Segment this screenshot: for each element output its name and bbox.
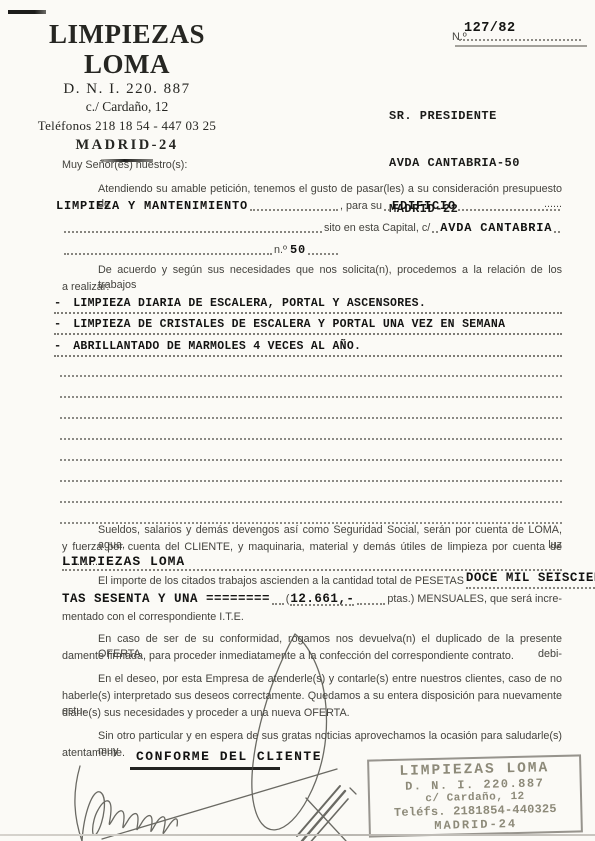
wish-line-3: diarle(s) sus necesidades y proceder a u… <box>62 706 562 721</box>
company-dni: D. N. I. 220. 887 <box>8 81 246 98</box>
dotted-filler <box>458 209 560 211</box>
typed-company: LIMPIEZAS LOMA <box>62 554 185 569</box>
blank-dotted-lines <box>60 356 562 524</box>
conformity-line-2: damente firmada, para proceder inmediata… <box>62 649 562 664</box>
letterhead: LIMPIEZAS LOMA D. N. I. 220. 887 c./ Car… <box>8 19 246 162</box>
salutation: Muy Señor(es) nuestro(s): <box>62 158 562 173</box>
typed-street-number: 50 <box>290 243 306 257</box>
ref-solid-line <box>455 45 587 47</box>
scanned-letter-page: LIMPIEZAS LOMA D. N. I. 220. 887 c./ Car… <box>0 0 595 841</box>
dotted-blank-line <box>60 461 562 482</box>
dotted-blank-line <box>60 398 562 419</box>
intro-line-3: sito en esta Capital, c/ AVDA CANTABRIA <box>62 221 562 236</box>
scan-artifact-dash <box>8 10 46 14</box>
dotted-filler <box>357 603 385 605</box>
work-item-row: - LIMPIEZA DE CRISTALES DE ESCALERA Y PO… <box>54 317 562 335</box>
intro-line-2: LIMPIEZA Y MANTENIMIENTO , para su EDIFI… <box>56 199 562 214</box>
client-approval-label: CONFORME DEL CLIENTE <box>136 749 322 764</box>
recipient-line: SR. PRESIDENTE <box>389 109 520 125</box>
amount-intro-text: El importe de los citados trabajos ascie… <box>62 574 464 589</box>
intro-sito-text: sito en esta Capital, c/ <box>324 221 430 236</box>
work-dash: - <box>54 317 61 331</box>
dotted-filler <box>250 209 338 211</box>
work-item-row: - ABRILLANTADO DE MARMOLES 4 VECES AL AÑ… <box>54 339 562 357</box>
amount-line-2: TAS SESENTA Y UNA ======== ( 12.661,- pt… <box>62 592 562 608</box>
amount-figure-over-dots: 12.661,- <box>290 592 354 606</box>
typed-service: LIMPIEZA Y MANTENIMIENTO <box>56 199 248 213</box>
amount-line-3: mentado con el correspondiente I.T.E. <box>62 610 562 625</box>
typed-amount-words-2: TAS SESENTA Y UNA ======== <box>62 592 270 606</box>
company-address: c./ Cardaño, 12 <box>8 99 246 115</box>
dotted-blank-line <box>60 377 562 398</box>
dotted-filler <box>64 253 272 255</box>
work-item-text: ABRILLANTADO DE MARMOLES 4 VECES AL AÑO. <box>73 340 361 353</box>
dotted-blank-line <box>60 440 562 461</box>
amount-line-1: El importe de los citados trabajos ascie… <box>62 574 562 591</box>
intro-mid-text: , para su <box>340 199 382 214</box>
intro-line-4: n.º 50 <box>62 243 562 258</box>
company-name: LIMPIEZAS LOMA <box>8 19 246 79</box>
typed-street: AVDA CANTABRIA <box>440 221 552 235</box>
amount-words-over-dots: DOCE MIL SEISCIEN- <box>466 574 595 589</box>
dotted-blank-line <box>60 356 562 377</box>
typed-company-row: LIMPIEZAS LOMA <box>62 552 562 571</box>
company-phones: Teléfonos 218 18 54 - 447 03 25 <box>8 118 246 134</box>
work-item-text: LIMPIEZA DIARIA DE ESCALERA, PORTAL Y AS… <box>73 297 426 310</box>
dotted-blank-line <box>60 419 562 440</box>
ref-dotted-line <box>459 39 581 41</box>
work-item-text: LIMPIEZA DE CRISTALES DE ESCALERA Y PORT… <box>73 318 505 331</box>
typed-amount-words-1: DOCE MIL SEISCIEN- <box>466 571 595 585</box>
dotted-blank-line <box>60 482 562 503</box>
dotted-blank-line <box>60 503 562 524</box>
intro-number-label: n.º <box>274 243 287 258</box>
client-approval-underline <box>130 767 280 770</box>
dotted-filler <box>308 253 338 255</box>
dotted-filler <box>554 231 560 233</box>
works-intro-line-2: a realizar: <box>62 280 562 295</box>
company-city: MADRID-24 <box>8 137 246 154</box>
dotted-filler <box>64 231 322 233</box>
scan-artifact-bottom-line <box>0 834 595 836</box>
dotted-filler <box>384 209 390 211</box>
wish-line-1: En el deseo, por esta Empresa de atender… <box>62 672 562 687</box>
paren-open: ( <box>286 592 290 607</box>
ref-number: 127/82 <box>464 21 516 36</box>
work-dash: - <box>54 296 61 310</box>
company-rubber-stamp: LIMPIEZAS LOMA D. N. I. 220.887 c/ Carda… <box>367 754 583 837</box>
work-item-row: - LIMPIEZA DIARIA DE ESCALERA, PORTAL Y … <box>54 296 562 314</box>
dotted-filler <box>272 603 284 605</box>
amount-after-text: ptas.) MENSUALES, que será incre- <box>387 592 562 607</box>
typed-amount-figure: 12.661,- <box>290 592 354 606</box>
typed-building: EDIFICIO <box>392 199 456 213</box>
work-dash: - <box>54 339 61 353</box>
dotted-filler <box>432 231 438 233</box>
